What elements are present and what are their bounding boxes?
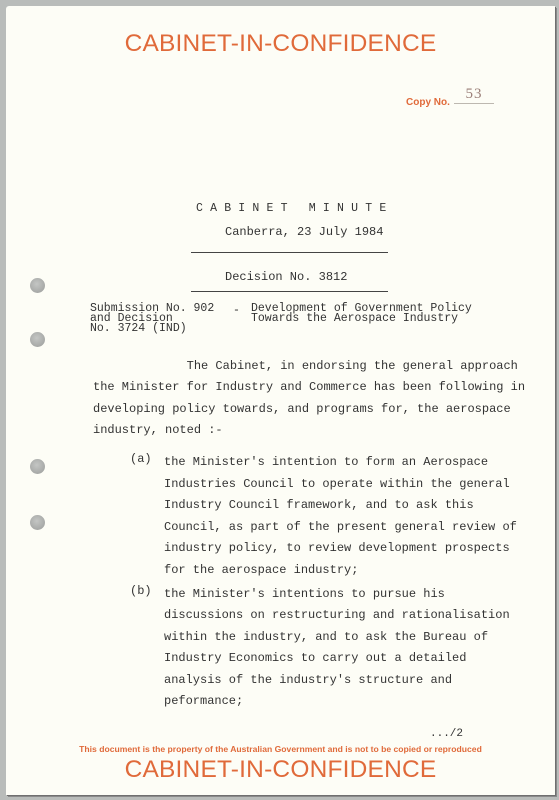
item-text-b: the Minister's intentions to pursue his … — [164, 584, 510, 712]
classification-footer: CABINET-IN-CONFIDENCE — [6, 756, 555, 784]
submission-subject: Development of Government Policy Towards… — [251, 304, 472, 324]
submission-reference: Submission No. 902 and Decision No. 3724… — [90, 304, 214, 334]
punch-hole-icon — [30, 332, 45, 347]
decision-number: Decision No. 3812 — [225, 270, 347, 284]
punch-hole-icon — [30, 515, 45, 530]
item-text-a: the Minister's intention to form an Aero… — [164, 452, 517, 581]
punch-hole-icon — [30, 278, 45, 293]
divider-rule — [191, 252, 388, 253]
continued-marker: .../2 — [430, 728, 463, 740]
document-page: CABINET-IN-CONFIDENCE Copy No. 53 CABINE… — [6, 6, 555, 795]
minute-dateline: Canberra, 23 July 1984 — [225, 225, 383, 239]
punch-hole-icon — [30, 459, 45, 474]
copy-number-value: 53 — [454, 86, 494, 104]
classification-header: CABINET-IN-CONFIDENCE — [6, 30, 555, 58]
divider-rule — [191, 291, 388, 292]
item-marker-b: (b) — [130, 584, 152, 598]
item-marker-a: (a) — [130, 452, 152, 466]
intro-paragraph: The Cabinet, in endorsing the general ap… — [93, 356, 525, 442]
submission-dash: - — [233, 304, 240, 317]
copy-number-label: Copy No. — [406, 97, 450, 108]
minute-title: CABINET MINUTE — [196, 202, 393, 215]
property-notice: This document is the property of the Aus… — [6, 744, 555, 754]
